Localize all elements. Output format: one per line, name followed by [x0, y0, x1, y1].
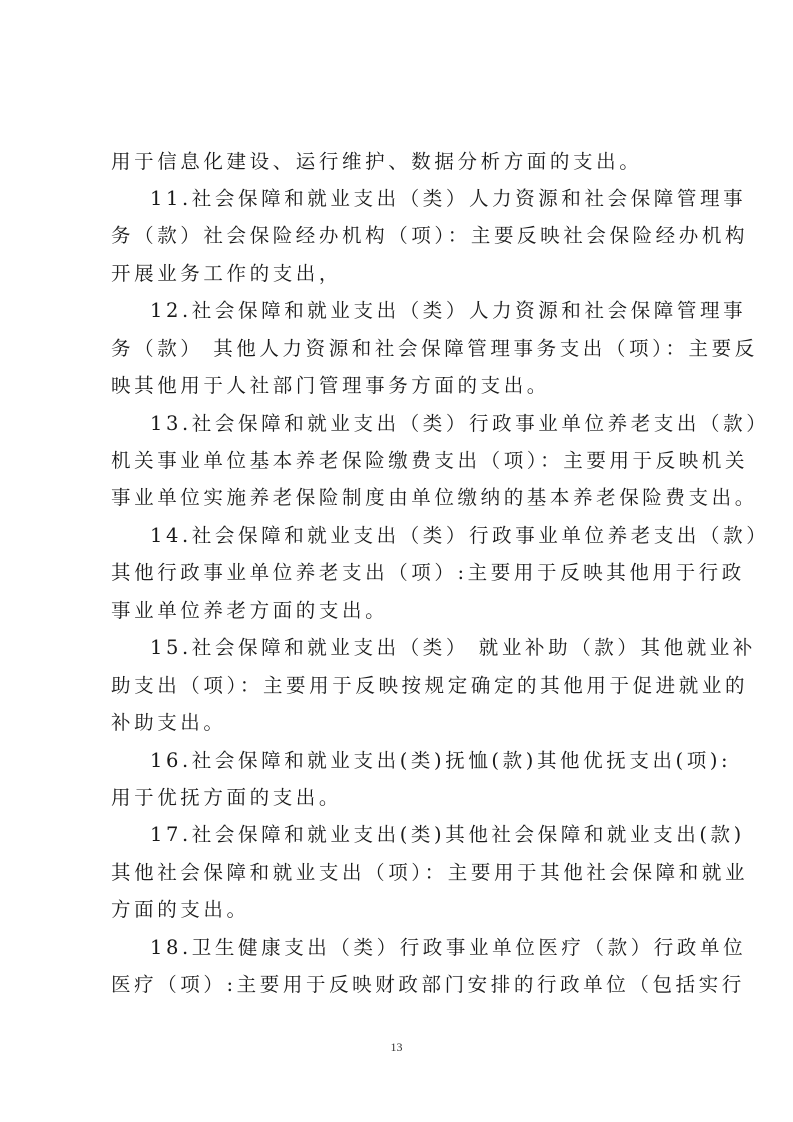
document-page: 用于信息化建设、运行维护、数据分析方面的支出。 11.社会保障和就业支出（类）人… — [0, 0, 793, 1122]
text-line: 事业单位养老方面的支出。 — [111, 599, 701, 623]
text-line: 14.社会保障和就业支出（类）行政事业单位养老支出（款） — [150, 524, 700, 548]
text-line: 17.社会保障和就业支出(类)其他社会保障和就业支出(款) — [150, 823, 700, 847]
text-line: 11.社会保障和就业支出（类）人力资源和社会保障管理事 — [150, 187, 700, 211]
text-line: 其他社会保障和就业支出（项）：主要用于其他社会保障和就业 — [111, 861, 701, 885]
text-line: 12.社会保障和就业支出（类）人力资源和社会保障管理事 — [150, 299, 700, 323]
text-line: 开展业务工作的支出， — [111, 262, 701, 286]
text-line: 映其他用于人社部门管理事务方面的支出。 — [111, 374, 701, 398]
text-line: 补助支出。 — [111, 711, 701, 735]
page-number: 13 — [0, 1040, 793, 1055]
text-line: 13.社会保障和就业支出（类）行政事业单位养老支出（款） — [150, 412, 700, 436]
text-line: 用于信息化建设、运行维护、数据分析方面的支出。 — [111, 150, 701, 174]
text-line: 事业单位实施养老保险制度由单位缴纳的基本养老保险费支出。 — [111, 486, 701, 510]
text-line: 务（款） 其他人力资源和社会保障管理事务支出（项）：主要反 — [111, 337, 701, 361]
text-line: 用于优抚方面的支出。 — [111, 786, 701, 810]
text-line: 15.社会保障和就业支出（类） 就业补助（款）其他就业补 — [150, 636, 700, 660]
text-line: 助支出（项）：主要用于反映按规定确定的其他用于促进就业的 — [111, 674, 701, 698]
text-line: 方面的支出。 — [111, 898, 701, 922]
text-line: 16.社会保障和就业支出(类)抚恤(款)其他优抚支出(项): — [150, 749, 700, 773]
text-line: 其他行政事业单位养老支出（项）:主要用于反映其他用于行政 — [111, 561, 701, 585]
text-line: 医疗（项）:主要用于反映财政部门安排的行政单位（包括实行 — [111, 973, 701, 997]
text-line: 务（款）社会保险经办机构（项）：主要反映社会保险经办机构 — [111, 224, 701, 248]
text-line: 18.卫生健康支出（类）行政事业单位医疗（款）行政单位 — [150, 936, 700, 960]
text-line: 机关事业单位基本养老保险缴费支出（项）：主要用于反映机关 — [111, 449, 701, 473]
